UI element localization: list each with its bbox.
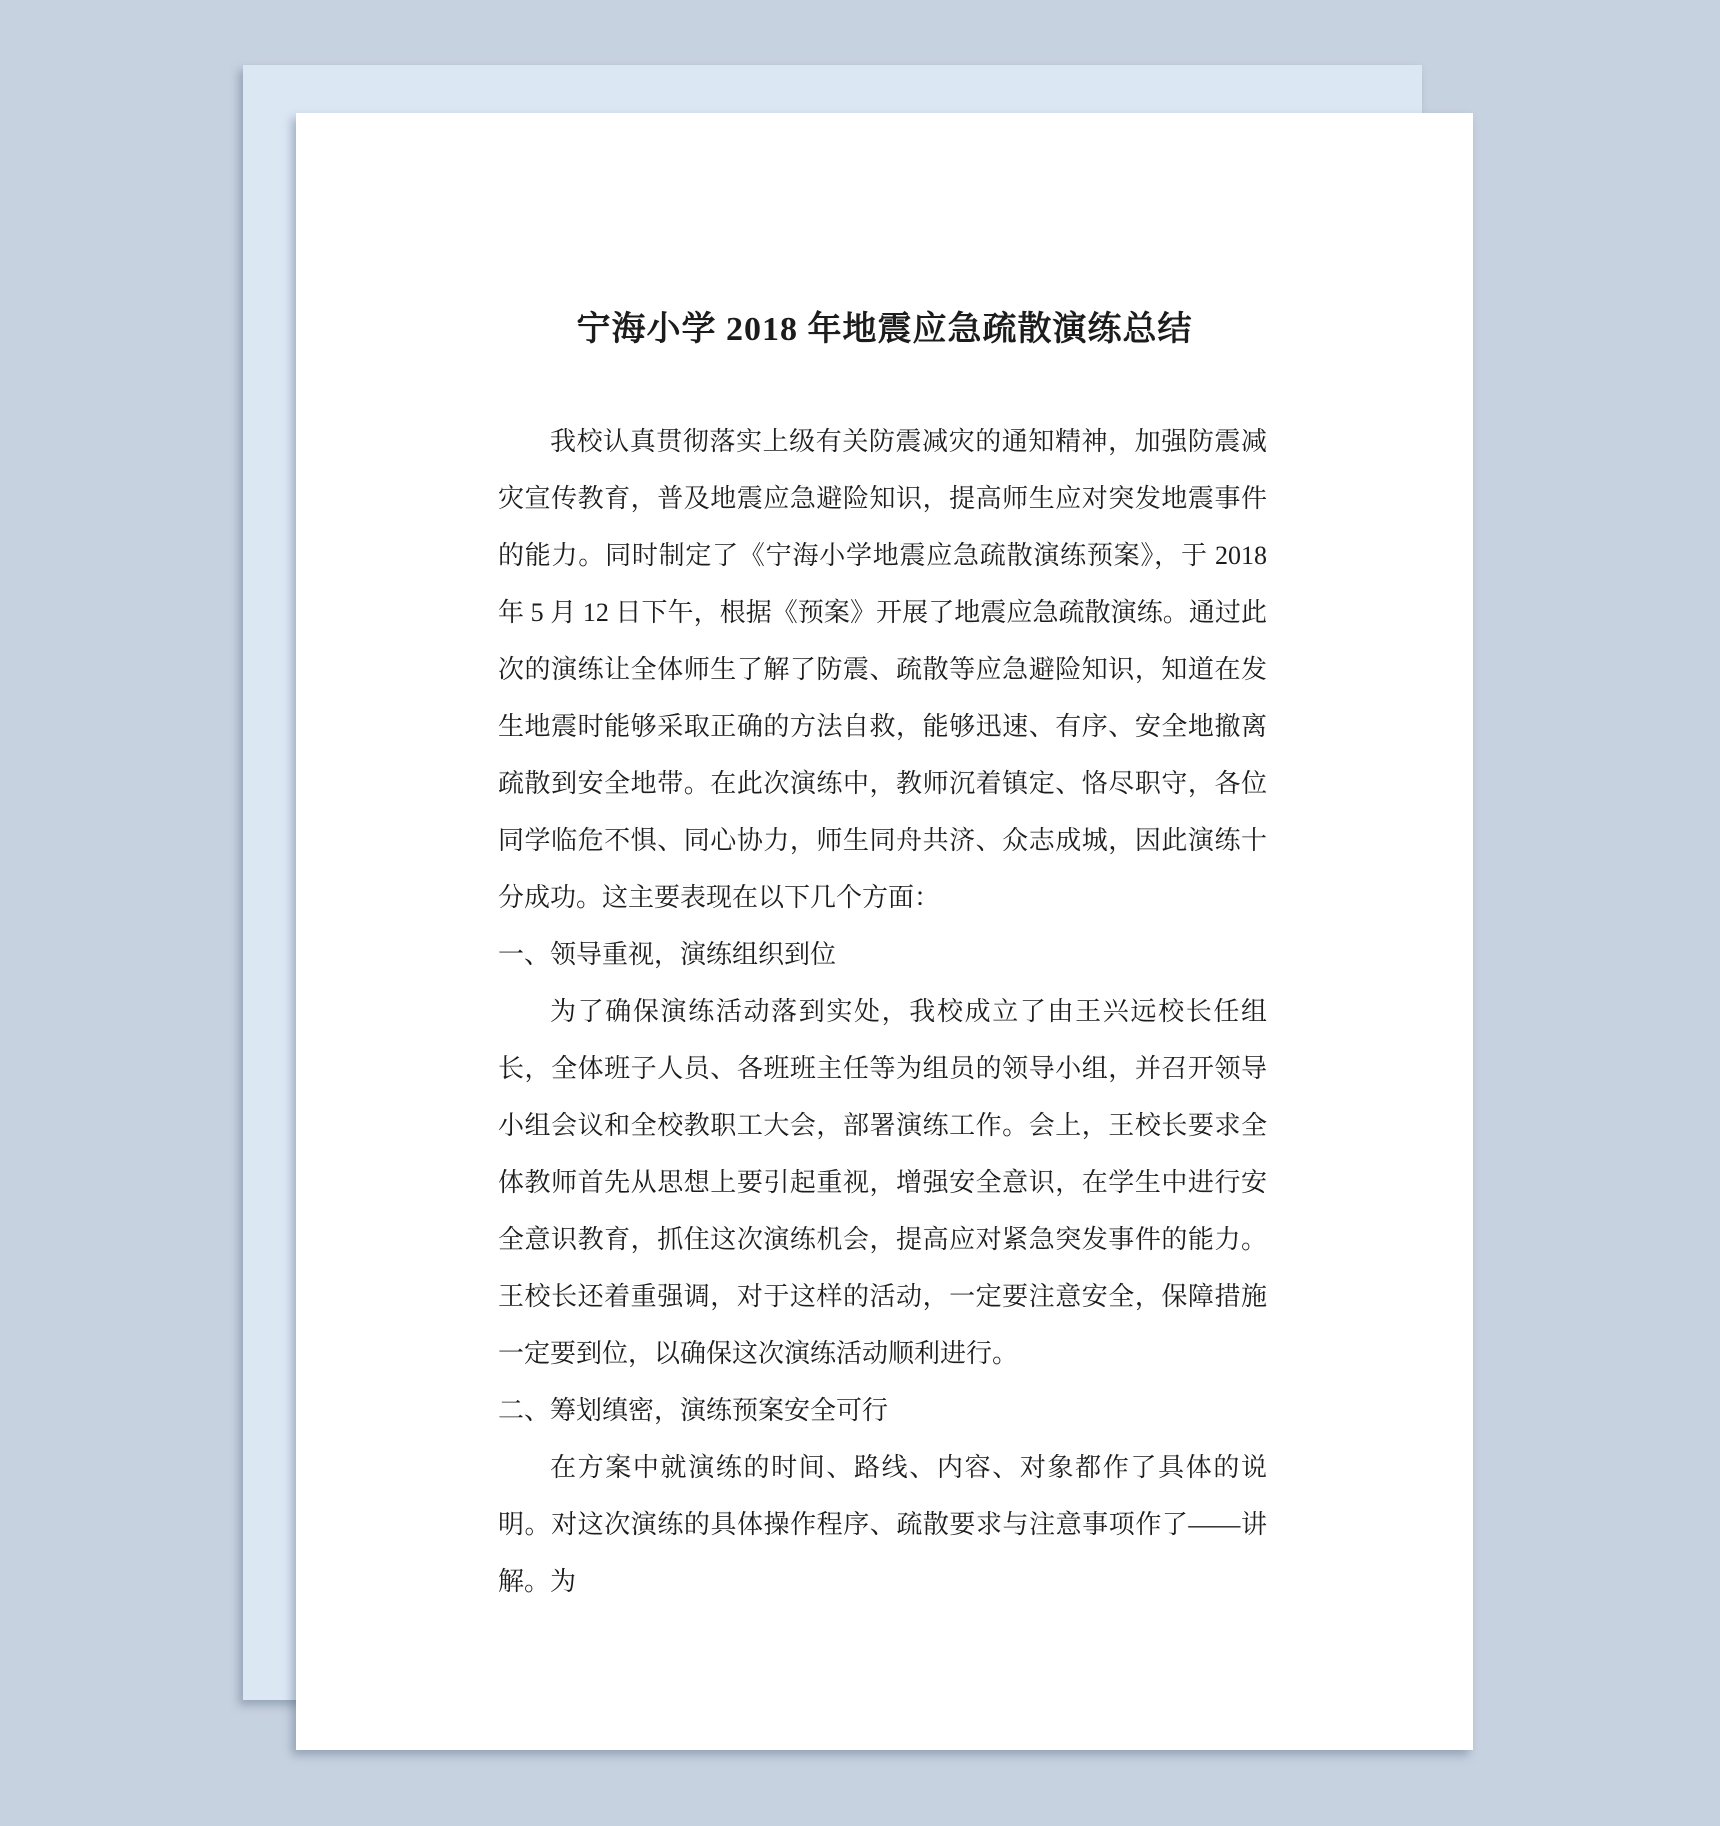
paragraph-section-1: 为了确保演练活动落到实处，我校成立了由王兴远校长任组长，全体班子人员、各班班主任…: [498, 983, 1267, 1382]
section-heading-1: 一、领导重视，演练组织到位: [498, 926, 1267, 983]
canvas-background: 宁海小学 2018 年地震应急疏散演练总结 我校认真贯彻落实上级有关防震减灾的通…: [0, 0, 1720, 1826]
paragraph-intro: 我校认真贯彻落实上级有关防震减灾的通知精神，加强防震减灾宣传教育，普及地震应急避…: [498, 413, 1267, 926]
document-page: 宁海小学 2018 年地震应急疏散演练总结 我校认真贯彻落实上级有关防震减灾的通…: [296, 113, 1473, 1750]
paragraph-section-2: 在方案中就演练的时间、路线、内容、对象都作了具体的说明。对这次演练的具体操作程序…: [498, 1439, 1267, 1610]
document-title: 宁海小学 2018 年地震应急疏散演练总结: [296, 306, 1473, 354]
section-heading-2: 二、筹划缜密，演练预案安全可行: [498, 1382, 1267, 1439]
document-body: 我校认真贯彻落实上级有关防震减灾的通知精神，加强防震减灾宣传教育，普及地震应急避…: [498, 413, 1267, 1610]
